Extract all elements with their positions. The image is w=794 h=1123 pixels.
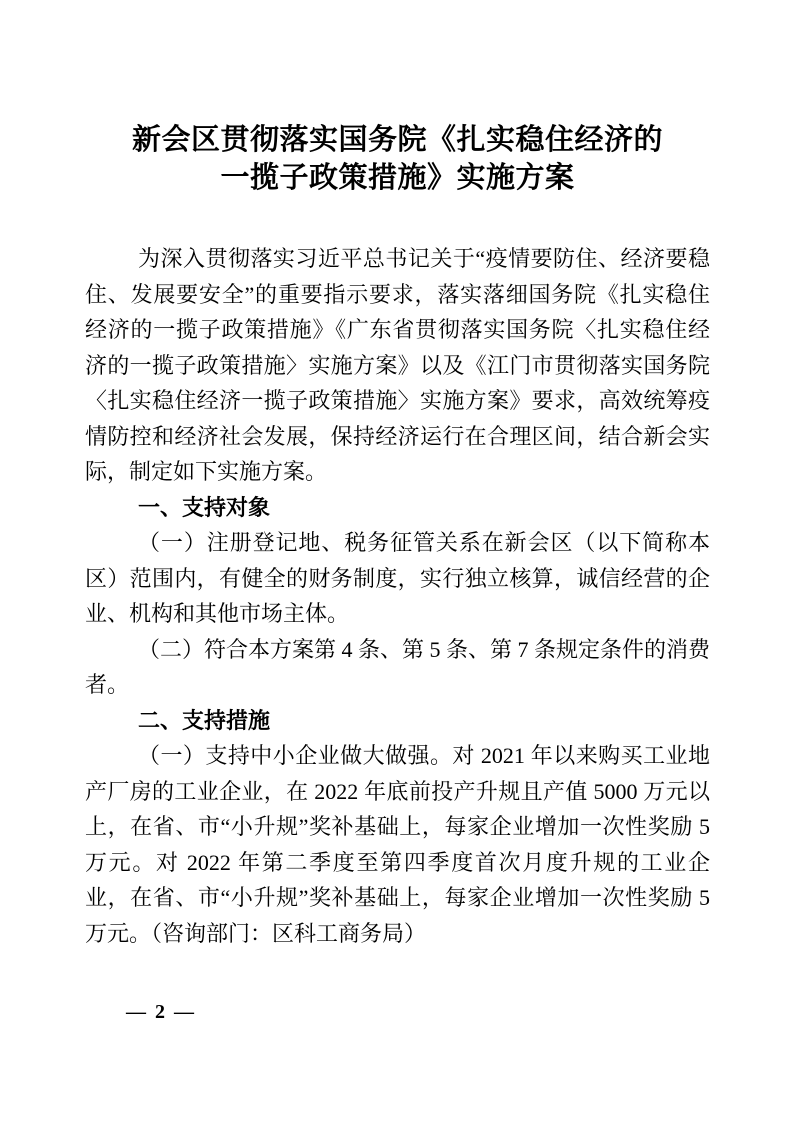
document-page: 新会区贯彻落实国务院《扎实稳住经济的 一揽子政策措施》实施方案 为深入贯彻落实习… — [0, 0, 794, 1123]
paragraph-support-target-1: （一）注册登记地、税务征管关系在新会区（以下简称本区）范围内，有健全的财务制度，… — [85, 525, 710, 632]
document-content: 新会区贯彻落实国务院《扎实稳住经济的 一揽子政策措施》实施方案 为深入贯彻落实习… — [85, 0, 710, 951]
paragraph-support-target-2: （二）符合本方案第 4 条、第 5 条、第 7 条规定条件的消费者。 — [85, 632, 710, 703]
document-body: 为深入贯彻落实习近平总书记关于“疫情要防住、经济要稳住、发展要安全”的重要指示要… — [85, 241, 710, 951]
paragraph-preamble: 为深入贯彻落实习近平总书记关于“疫情要防住、经济要稳住、发展要安全”的重要指示要… — [85, 241, 710, 490]
paragraph-support-measure-1: （一）支持中小企业做大做强。对 2021 年以来购买工业地产厂房的工业企业，在 … — [85, 738, 710, 951]
measure-1-text: 对 2021 年以来购买工业地产厂房的工业企业，在 2022 年底前投产升规且产… — [85, 743, 710, 946]
section-heading-support-targets: 一、支持对象 — [85, 490, 710, 526]
measure-1-lead: （一）支持中小企业做大做强。 — [138, 743, 452, 768]
document-title: 新会区贯彻落实国务院《扎实稳住经济的 一揽子政策措施》实施方案 — [85, 0, 710, 197]
page-number: — 2 — — [126, 1001, 196, 1024]
title-line-1: 新会区贯彻落实国务院《扎实稳住经济的 — [85, 121, 710, 159]
title-line-2: 一揽子政策措施》实施方案 — [85, 159, 710, 197]
section-heading-support-measures: 二、支持措施 — [85, 703, 710, 739]
